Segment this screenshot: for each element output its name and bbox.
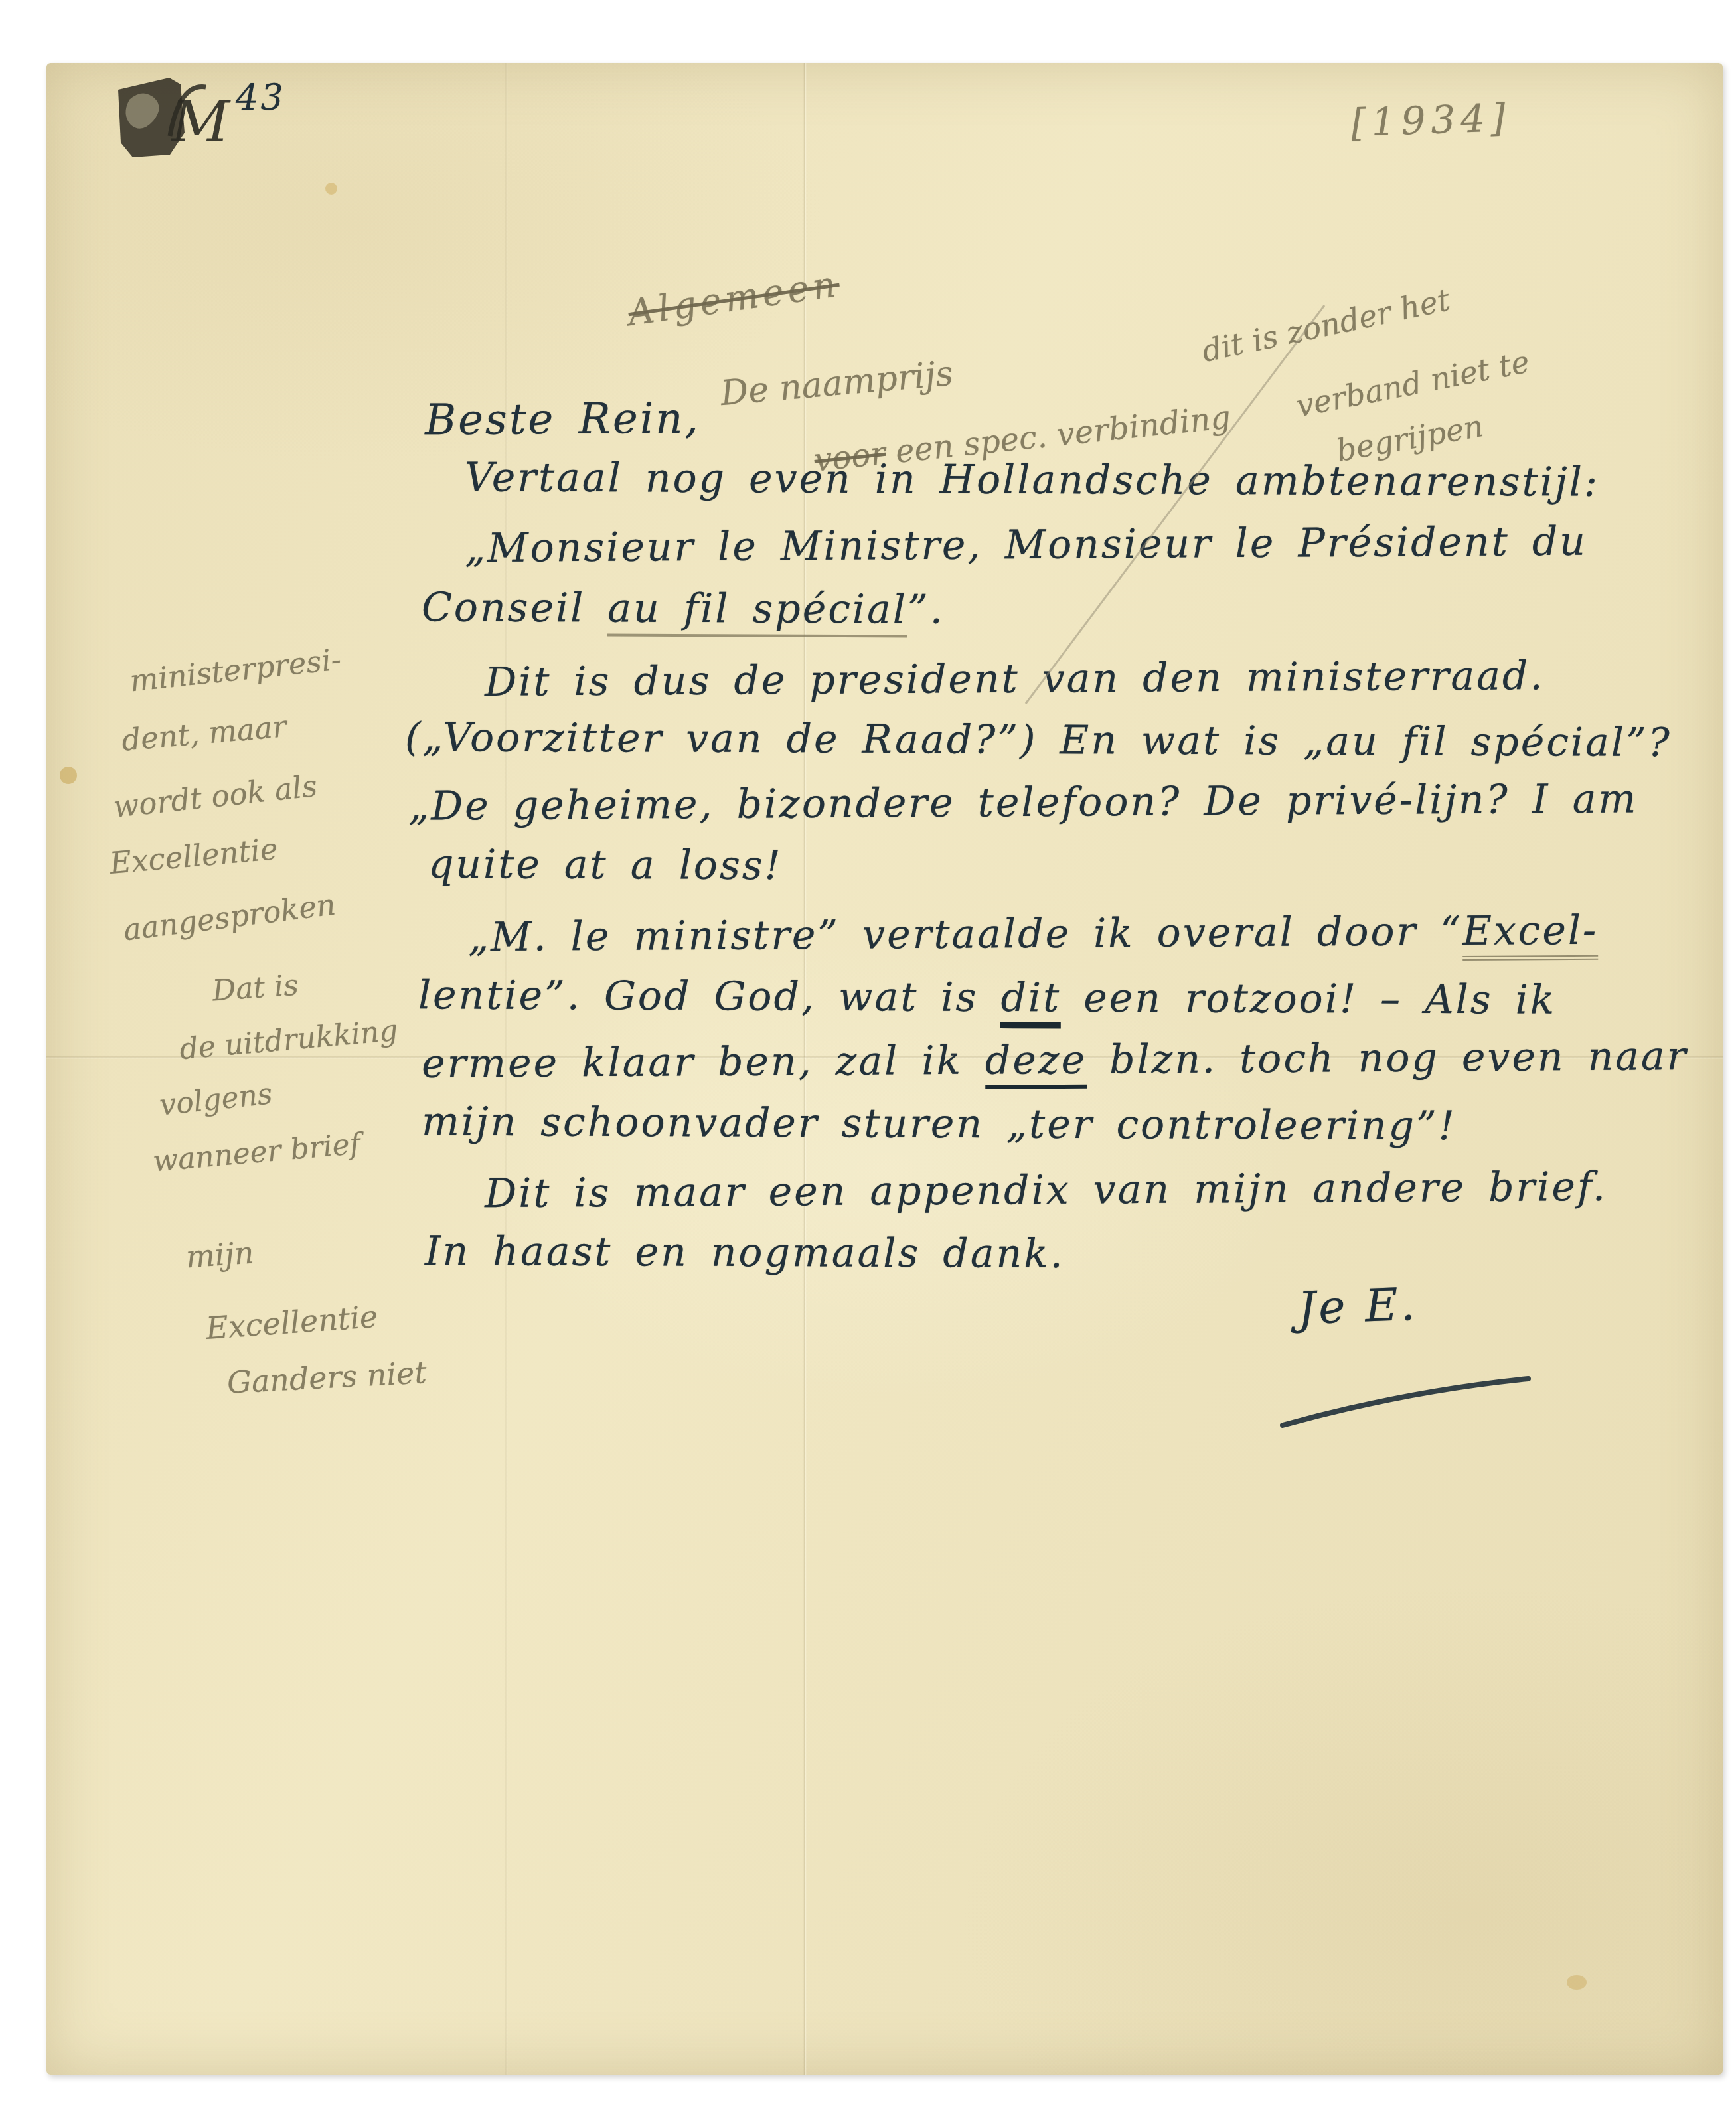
- margin-note-line: dent, maar: [120, 710, 287, 757]
- line-text: („Voorzitter van de Raad?”) En wat is „a…: [405, 714, 1672, 766]
- margin-note-line: Ganders niet: [226, 1356, 428, 1399]
- line-text: In haast en nogmaals dank.: [425, 1228, 1065, 1277]
- line-text: lentie”. God God, wat is: [418, 972, 1001, 1021]
- letter-line: In haast en nogmaals dank.: [425, 1231, 1065, 1274]
- letter-line: „Monsieur le Ministre, Monsieur le Prési…: [465, 522, 1587, 568]
- inventory-number: 43: [236, 80, 285, 116]
- line-text: mijn schoonvader sturen „ter controleeri…: [422, 1099, 1457, 1150]
- margin-note-line: wordt ook als: [112, 769, 319, 823]
- letter-line: Vertaal nog even in Hollandsche ambtenar…: [465, 457, 1599, 502]
- stray-pencil-line: [1026, 305, 1324, 704]
- line-text: ”.: [907, 586, 945, 633]
- letter-line: Conseil au fil spécial”.: [422, 588, 945, 629]
- letter-line: „De geheime, bizondere telefoon? De priv…: [408, 779, 1638, 826]
- letter-line: „M. le ministre” vertaalde ik overal doo…: [468, 911, 1599, 957]
- underlined-phrase: deze: [985, 1037, 1087, 1089]
- letter-line: quite at a loss!: [428, 844, 783, 886]
- line-text: een rotzooi! – Als ik: [1061, 975, 1556, 1023]
- margin-note-line: Dat is: [211, 970, 299, 1008]
- underlined-phrase: au fil spécial: [607, 586, 907, 638]
- margin-note-line: wanneer brief: [151, 1128, 361, 1178]
- pencil-note-line: dit is zonder het: [1199, 283, 1453, 368]
- pencil-note-line: De naamprijs: [719, 355, 955, 414]
- line-text: „De geheime, bizondere telefoon? De priv…: [408, 775, 1638, 829]
- line-text: „M. le ministre” vertaalde ik overal doo…: [468, 908, 1462, 961]
- line-text: quite at a loss!: [428, 841, 783, 889]
- letter-line: ermee klaar ben, zal ik deze blzn. toch …: [422, 1036, 1688, 1084]
- paper-stain: [325, 183, 337, 195]
- pencil-note-line: verband niet te: [1293, 345, 1532, 423]
- year-annotation: [1934]: [1350, 97, 1512, 145]
- signature: Je E.: [1297, 1283, 1419, 1332]
- margin-note-line: de uitdrukking: [179, 1015, 400, 1066]
- margin-note-line: volgens: [158, 1078, 274, 1122]
- line-text: Conseil: [422, 584, 608, 631]
- margin-note-line: mijn: [185, 1235, 255, 1274]
- margin-note-line: Excellentie: [205, 1300, 379, 1346]
- line-text: Dit is dus de president van den minister…: [485, 653, 1545, 706]
- signature-flourish: [1283, 1379, 1528, 1425]
- margin-note-line: ministerpresi-: [128, 643, 343, 698]
- letter-line: lentie”. God God, wat is dit een rotzooi…: [418, 975, 1556, 1020]
- salutation: Beste Rein,: [425, 398, 700, 442]
- letter-line: Dit is dus de president van den minister…: [485, 656, 1545, 702]
- line-text: blzn. toch nog even naar: [1087, 1033, 1688, 1083]
- crossed-out-word: Algemeen: [625, 264, 842, 333]
- line-text: Dit is maar een appendix van mijn andere…: [485, 1164, 1607, 1217]
- svg-text:M: M: [170, 89, 231, 155]
- letter-paper: M 43 [1934] Algemeen De naamprijs voor e…: [46, 63, 1723, 2075]
- underlined-phrase: dit: [1000, 975, 1061, 1028]
- line-text: „Monsieur le Ministre, Monsieur le Prési…: [465, 518, 1587, 572]
- line-text: ermee klaar ben, zal ik: [422, 1038, 985, 1087]
- letter-line: mijn schoonvader sturen „ter controleeri…: [422, 1102, 1457, 1146]
- paper-stain: [1567, 1975, 1587, 1990]
- margin-note-line: aangesproken: [121, 888, 337, 947]
- letter-line: Dit is maar een appendix van mijn andere…: [485, 1167, 1607, 1214]
- paper-stain: [60, 767, 77, 784]
- scanned-letter-canvas: M 43 [1934] Algemeen De naamprijs voor e…: [0, 0, 1736, 2121]
- line-text: Vertaal nog even in Hollandsche ambtenar…: [465, 454, 1599, 505]
- underlined-phrase: Excel-: [1462, 907, 1599, 961]
- letter-line: („Voorzitter van de Raad?”) En wat is „a…: [405, 718, 1672, 763]
- margin-note-line: Excellentie: [108, 832, 279, 880]
